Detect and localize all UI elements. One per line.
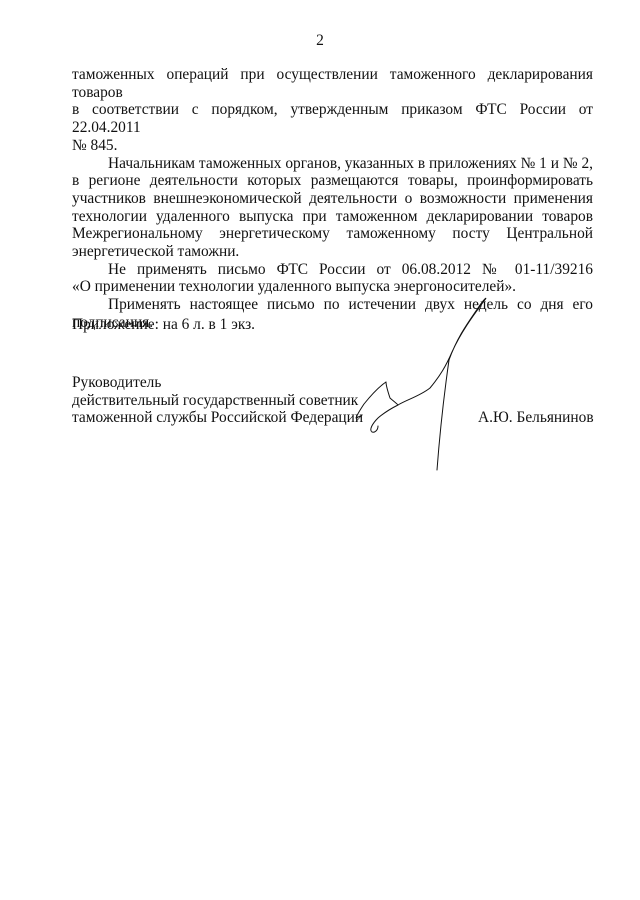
handwritten-signature-icon <box>0 0 640 900</box>
